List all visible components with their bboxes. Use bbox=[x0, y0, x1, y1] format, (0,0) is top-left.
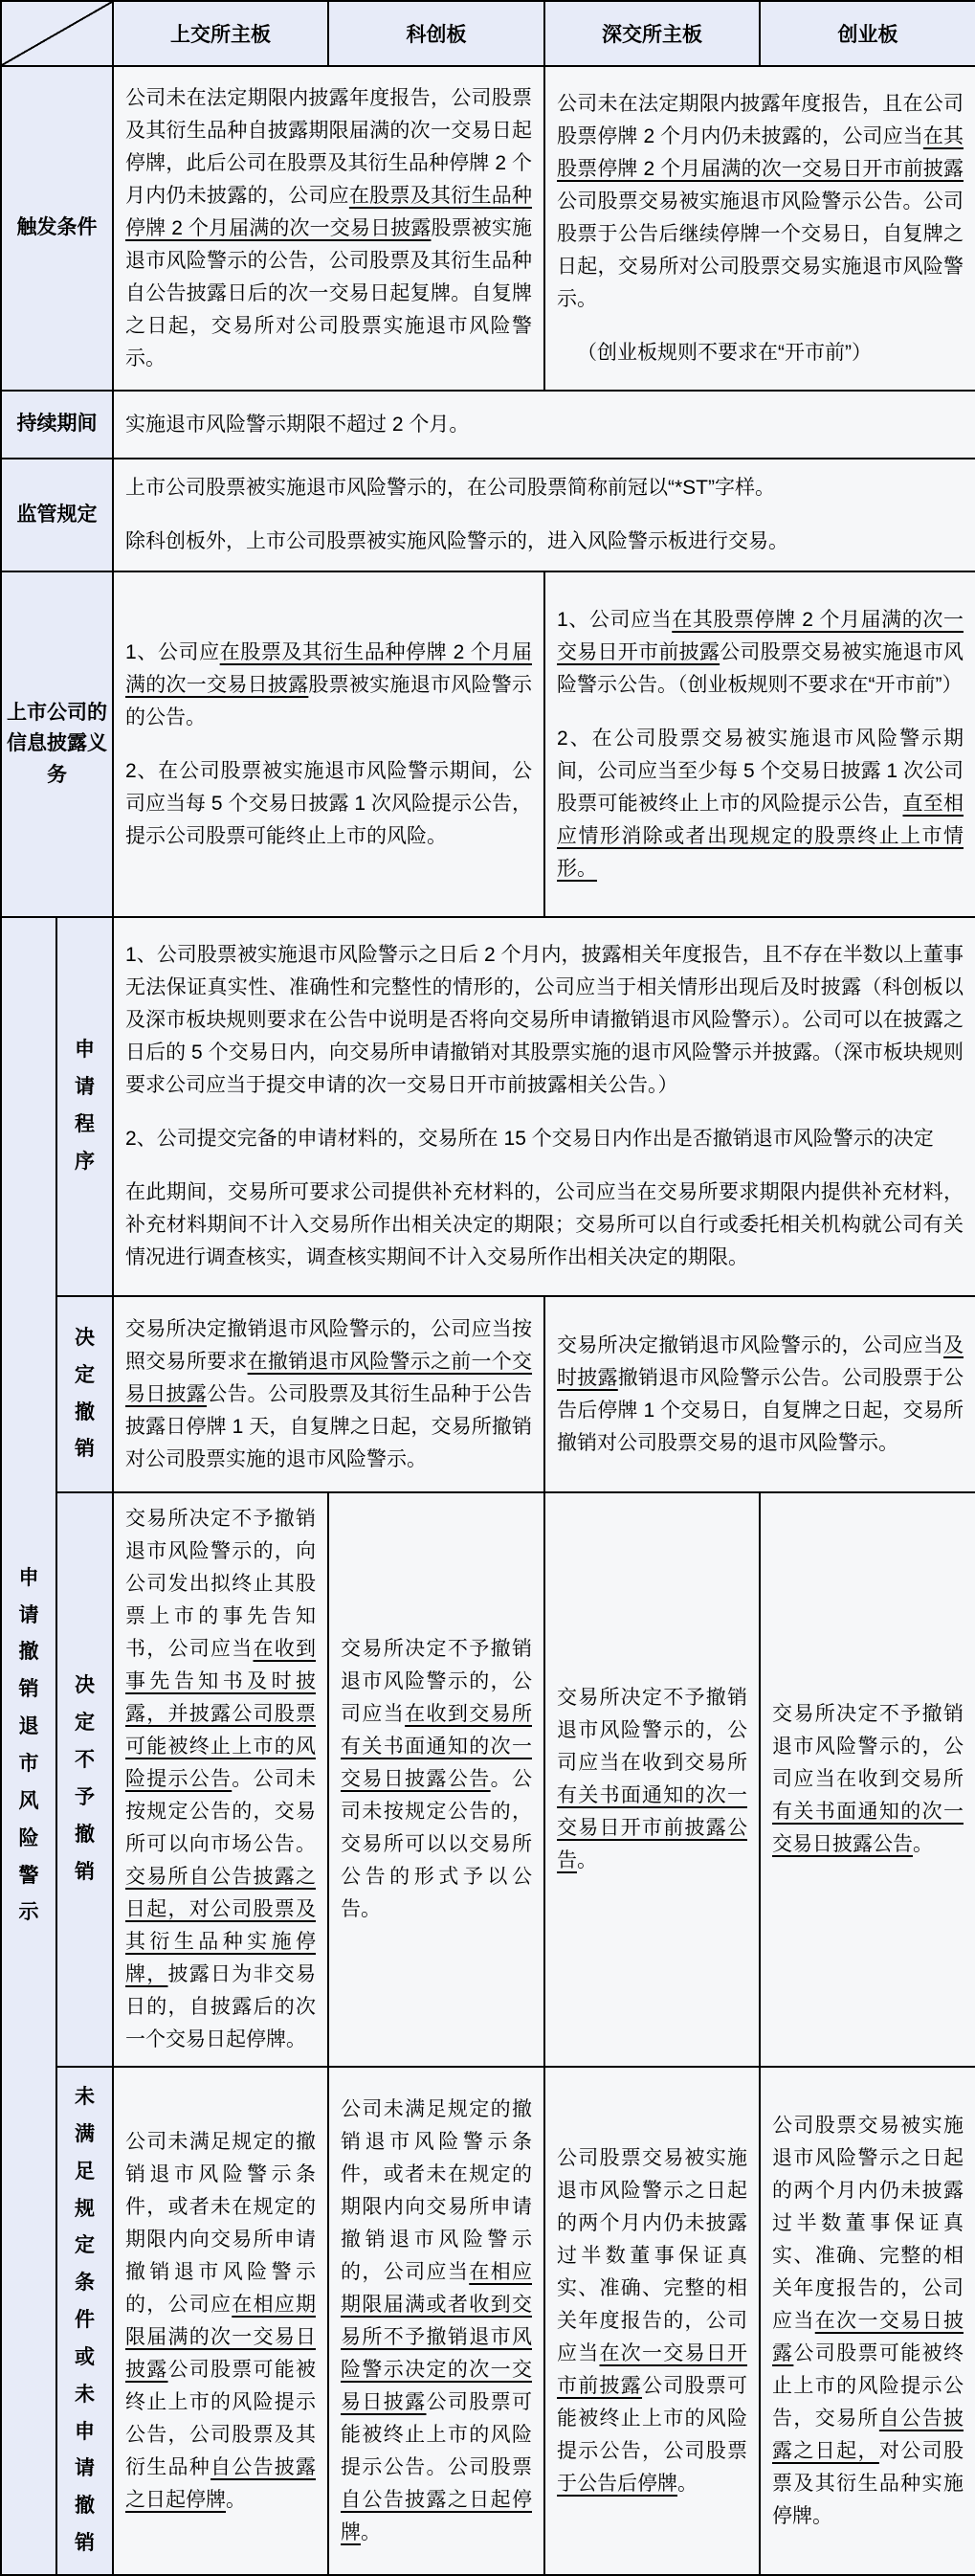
row-label-duration: 持续期间 bbox=[1, 391, 113, 459]
row-label-revoke-denied-text: 决定不予撤销 bbox=[73, 1668, 96, 1891]
cell-unmet-szse-main: 公司股票交易被实施退市风险警示之日起的两个月内仍未披露过半数董事保证真实、准确、… bbox=[544, 2067, 760, 2575]
cell-disclosure-szse-chinext: 1、公司应当在其股票停牌 2 个月届满的次一交易日开市前披露公司股票交易被实施退… bbox=[544, 571, 975, 917]
cell-unmet-chinext: 公司股票交易被实施退市风险警示之日起的两个月内仍未披露过半数董事保证真实、准确、… bbox=[760, 2067, 975, 2575]
row-conditions-unmet: 未满足规定条件或未申请撤销 公司未满足规定的撤销退市风险警示条件，或者未在规定的… bbox=[1, 2067, 975, 2575]
column-header-szse-main: 深交所主板 bbox=[544, 1, 760, 66]
group-label-revoke-application: 申请撤销退市风险警示 bbox=[1, 917, 56, 2575]
cell-disclosure-sse-star: 1、公司应在股票及其衍生品种停牌 2 个月届满的次一交易日披露股票被实施退市风险… bbox=[113, 571, 544, 917]
cell-granted-sse-star: 交易所决定撤销退市风险警示的，公司应当按照交易所要求在撤销退市风险警示之前一个交… bbox=[113, 1296, 544, 1492]
row-revoke-granted: 决定撤销 交易所决定撤销退市风险警示的，公司应当按照交易所要求在撤销退市风险警示… bbox=[1, 1296, 975, 1492]
row-label-revoke-denied: 决定不予撤销 bbox=[56, 1492, 113, 2067]
cell-unmet-sse-main: 公司未满足规定的撤销退市风险警示条件，或者未在规定的期限内向交易所申请撤销退市风… bbox=[113, 2067, 328, 2575]
cell-denied-star-market: 交易所决定不予撤销退市风险警示的，公司应当在收到交易所有关书面通知的次一交易日披… bbox=[328, 1492, 544, 2067]
cell-trigger-szse-chinext: 公司未在法定期限内披露年度报告，且在公司股票停牌 2 个月内仍未披露的，公司应当… bbox=[544, 66, 975, 391]
cell-duration-all-boards: 实施退市风险警示期限不超过 2 个月。 bbox=[113, 391, 975, 459]
cell-trigger-sse-star: 公司未在法定期限内披露年度报告，公司股票及其衍生品种自披露期限届满的次一交易日起… bbox=[113, 66, 544, 391]
row-disclosure-obligations: 上市公司的信息披露义务 1、公司应在股票及其衍生品种停牌 2 个月届满的次一交易… bbox=[1, 571, 975, 917]
header-row: 上交所主板 科创板 深交所主板 创业板 bbox=[1, 1, 975, 66]
row-trigger-conditions: 触发条件 公司未在法定期限内披露年度报告，公司股票及其衍生品种自披露期限届满的次… bbox=[1, 66, 975, 391]
row-revoke-denied: 决定不予撤销 交易所决定不予撤销退市风险警示的，向公司发出拟终止其股票上市的事先… bbox=[1, 1492, 975, 2067]
row-revoke-procedure: 申请撤销退市风险警示 申请程序 1、公司股票被实施退市风险警示之日后 2 个月内… bbox=[1, 917, 975, 1296]
row-regulation: 监管规定 上市公司股票被实施退市风险警示的，在公司股票简称前冠以“*ST”字样。… bbox=[1, 459, 975, 571]
row-label-application-procedure: 申请程序 bbox=[56, 917, 113, 1296]
group-label-revoke-application-text: 申请撤销退市风险警示 bbox=[17, 1560, 40, 1932]
row-duration: 持续期间 实施退市风险警示期限不超过 2 个月。 bbox=[1, 391, 975, 459]
header-corner-diagonal bbox=[1, 1, 113, 66]
delisting-risk-warning-table: 上交所主板 科创板 深交所主板 创业板 触发条件 公司未在法定期限内披露年度报告… bbox=[0, 0, 975, 2576]
column-header-chinext: 创业板 bbox=[760, 1, 975, 66]
row-label-revoke-granted-text: 决定撤销 bbox=[73, 1320, 96, 1468]
cell-denied-szse-main: 交易所决定不予撤销退市风险警示的，公司应当在收到交易所有关书面通知的次一交易日开… bbox=[544, 1492, 760, 2067]
row-label-application-procedure-text: 申请程序 bbox=[73, 1032, 96, 1180]
cell-regulation-all-boards: 上市公司股票被实施退市风险警示的，在公司股票简称前冠以“*ST”字样。除科创板外… bbox=[113, 459, 975, 571]
row-label-conditions-unmet: 未满足规定条件或未申请撤销 bbox=[56, 2067, 113, 2575]
row-label-disclosure-obligations: 上市公司的信息披露义务 bbox=[1, 571, 113, 917]
row-label-revoke-granted: 决定撤销 bbox=[56, 1296, 113, 1492]
column-header-star-market: 科创板 bbox=[328, 1, 544, 66]
row-label-conditions-unmet-text: 未满足规定条件或未申请撤销 bbox=[73, 2079, 96, 2563]
cell-denied-chinext: 交易所决定不予撤销退市风险警示的，公司应当在收到交易所有关书面通知的次一交易日披… bbox=[760, 1492, 975, 2067]
cell-granted-szse-chinext: 交易所决定撤销退市风险警示的，公司应当及时披露撤销退市风险警示公告。公司股票于公… bbox=[544, 1296, 975, 1492]
cell-denied-sse-main: 交易所决定不予撤销退市风险警示的，向公司发出拟终止其股票上市的事先告知书，公司应… bbox=[113, 1492, 328, 2067]
cell-unmet-star-market: 公司未满足规定的撤销退市风险警示条件，或者未在规定的期限内向交易所申请撤销退市风… bbox=[328, 2067, 544, 2575]
column-header-sse-main: 上交所主板 bbox=[113, 1, 328, 66]
row-label-trigger-conditions: 触发条件 bbox=[1, 66, 113, 391]
row-label-regulation: 监管规定 bbox=[1, 459, 113, 571]
cell-procedure-all-boards: 1、公司股票被实施退市风险警示之日后 2 个月内，披露相关年度报告，且不存在半数… bbox=[113, 917, 975, 1296]
